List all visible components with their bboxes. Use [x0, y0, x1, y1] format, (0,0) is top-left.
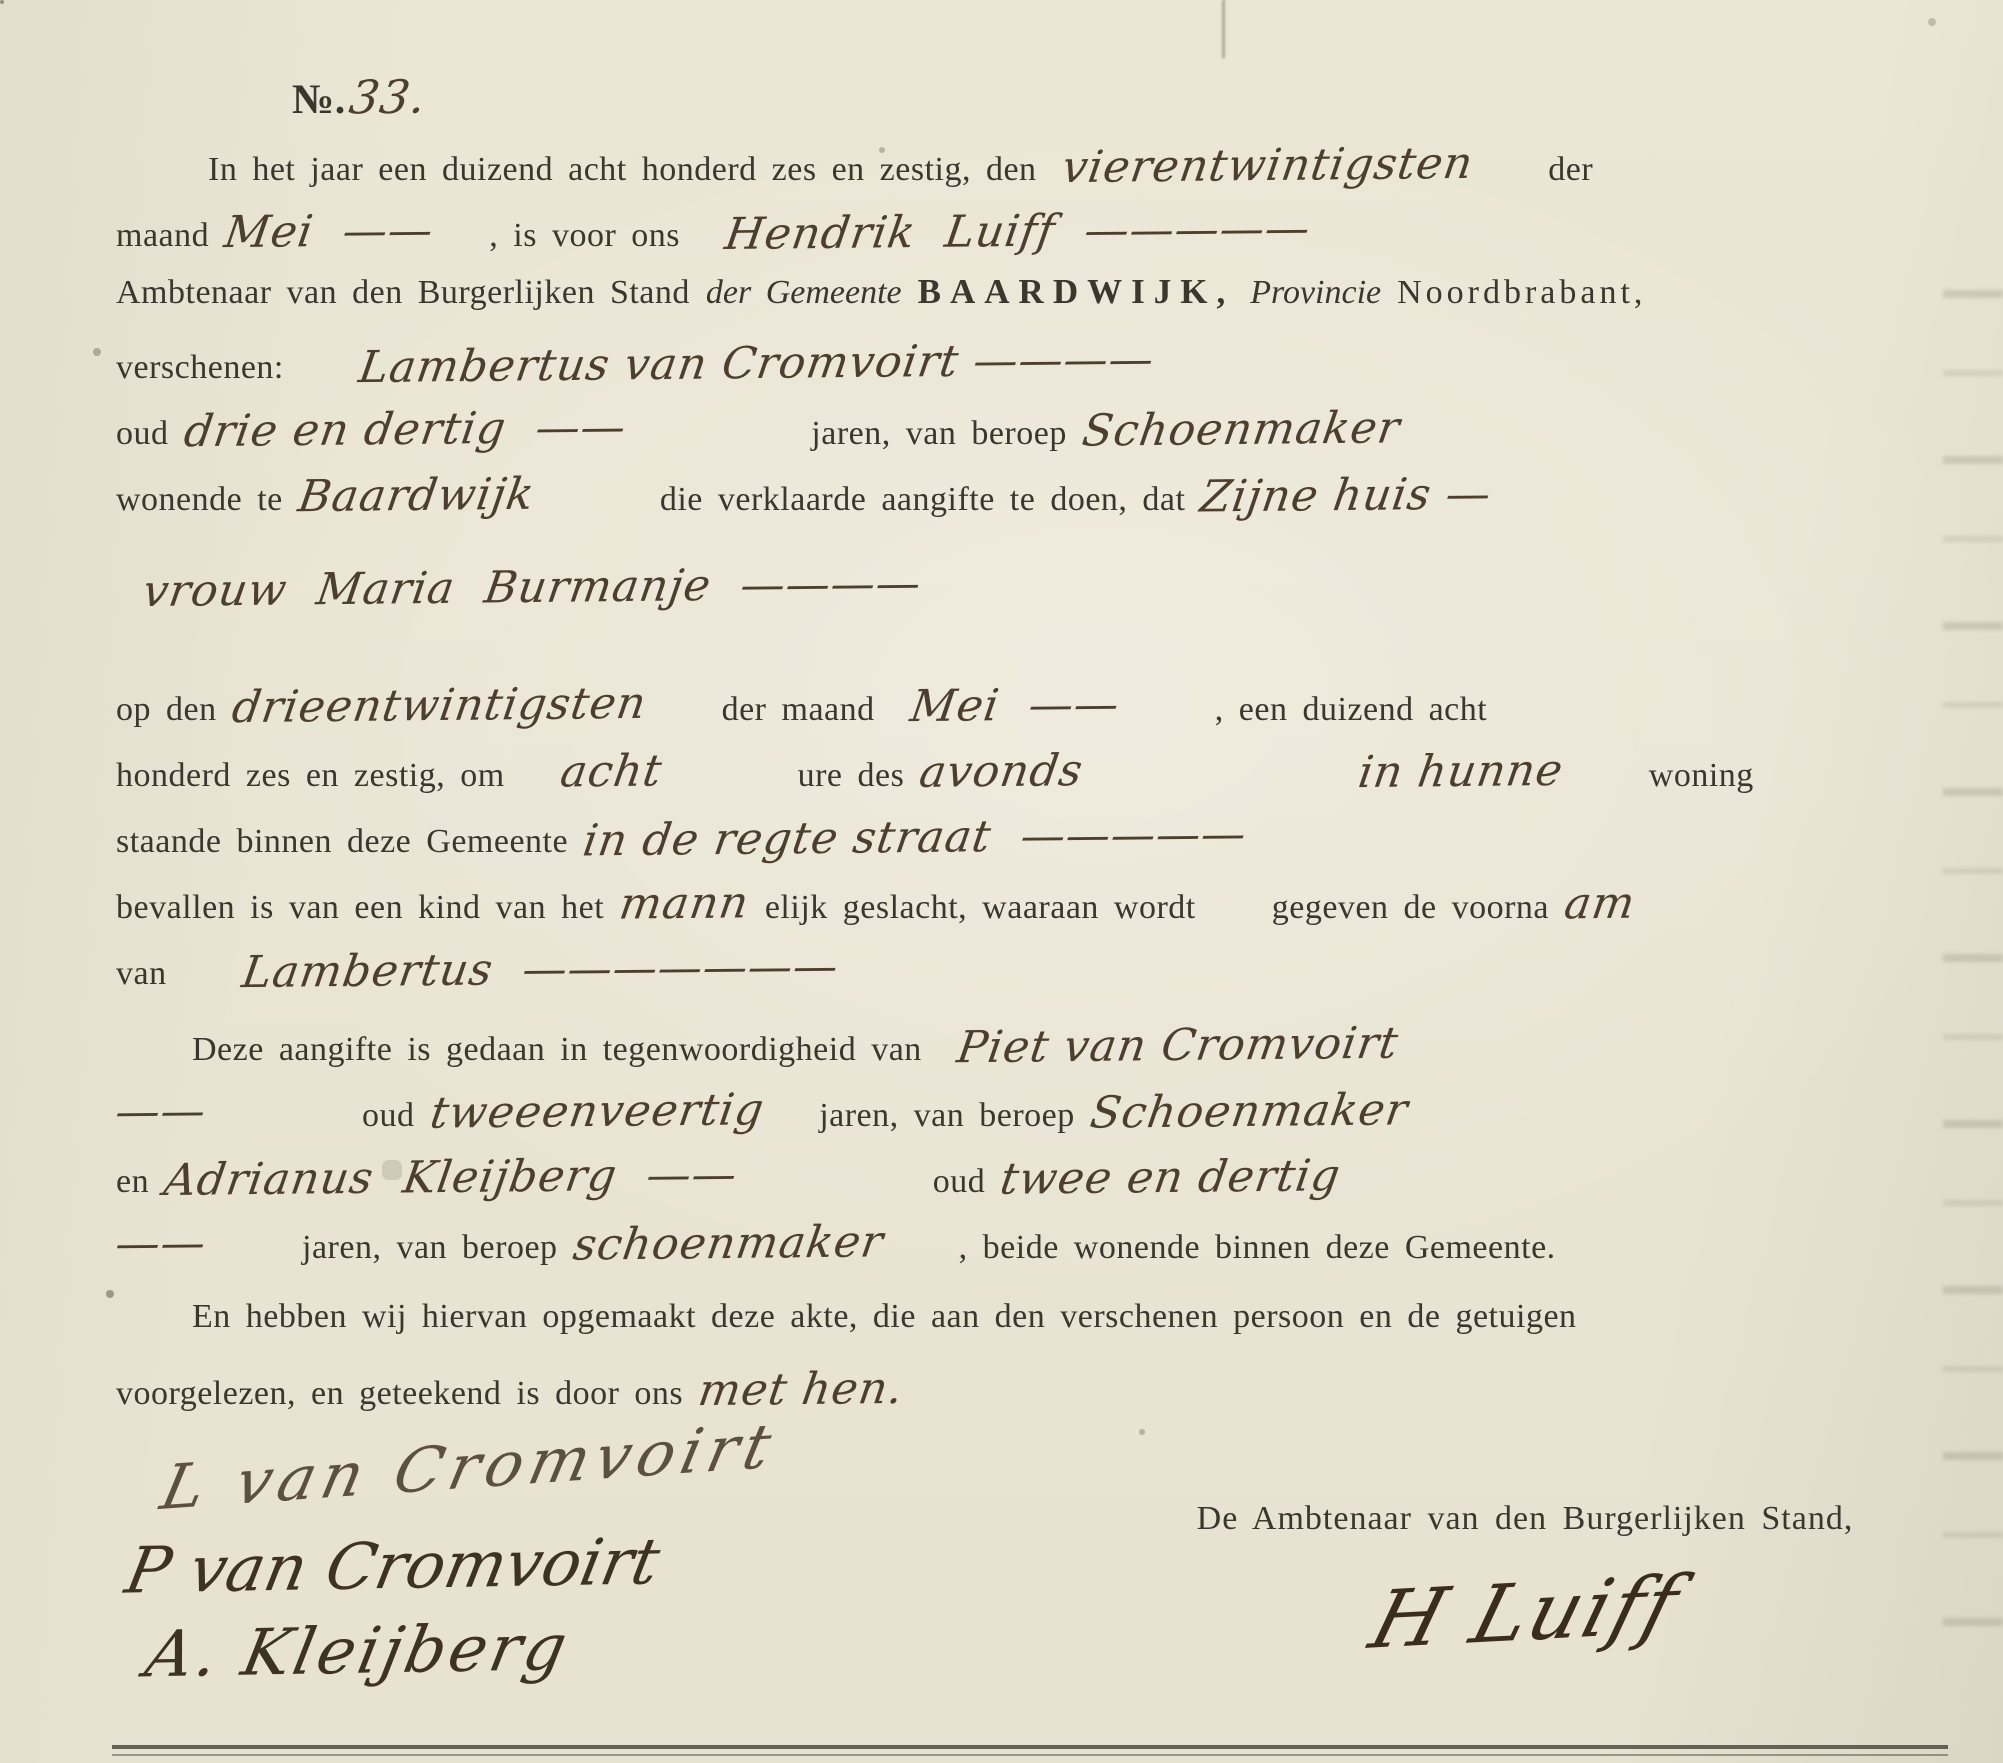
- document-line: verschenen:Lambertus van Cromvoirt ————: [116, 338, 1973, 404]
- handwritten-entry: met hen.: [695, 1363, 907, 1416]
- handwritten-entry: Mei ——: [221, 205, 437, 258]
- printed-text: ure des: [798, 757, 905, 795]
- printed-text: , is voor ons: [489, 217, 680, 255]
- printed-text: op den: [116, 691, 217, 729]
- printed-text: staande binnen deze Gemeente: [116, 823, 568, 861]
- paper-crease: [1222, 0, 1225, 58]
- printed-text: der: [1548, 151, 1593, 189]
- document-line: Ambtenaar van den Burgerlijken Standder …: [116, 272, 1973, 338]
- handwritten-entry: Mei ——: [907, 679, 1123, 732]
- printed-text: voorgelezen, en geteekend is door ons: [116, 1375, 683, 1413]
- handwritten-entry: schoenmaker: [570, 1216, 887, 1270]
- printed-text: wonende te: [116, 481, 283, 519]
- printed-text: , een duizend acht: [1215, 691, 1487, 729]
- printed-text: BAARDWIJK,: [918, 272, 1235, 312]
- handwritten-entry: vrouw Maria Burmanje ————: [140, 558, 925, 617]
- handwritten-entry: Schoenmaker: [1087, 1084, 1412, 1138]
- handwritten-entry: Adrianus Kleijberg ——: [161, 1149, 741, 1206]
- signature-block-party: L van Cromvoirt P van Cromvoirt A. Kleij…: [128, 1430, 770, 1687]
- document-line: enAdrianus Kleijberg ——oudtwee en dertig: [116, 1152, 1973, 1218]
- document-line: bevallen is van een kind van hetmannelij…: [116, 878, 1973, 944]
- ink-bleed-through: [1943, 210, 2003, 1633]
- printed-text: der maand: [722, 691, 875, 729]
- printed-text: elijk geslacht, waaraan wordt: [765, 889, 1196, 927]
- official-title: De Ambtenaar van den Burgerlijken Stand,: [1185, 1500, 1865, 1538]
- handwritten-entry: Hendrik Luiff —————: [722, 203, 1314, 260]
- document-line: voorgelezen, en geteekend is door onsmet…: [116, 1364, 1973, 1430]
- printed-text: jaren, van beroep: [811, 415, 1067, 453]
- document-line: In het jaar een duizend acht honderd zes…: [116, 140, 1973, 206]
- printed-text: maand: [116, 217, 209, 255]
- document-line: En hebben wij hiervan opgemaakt deze akt…: [116, 1298, 1973, 1364]
- signature-witness-1: P van Cromvoirt: [120, 1523, 779, 1608]
- document-line: op dendrieentwintigstender maandMei ——, …: [116, 680, 1973, 746]
- printed-text: jaren, van beroep: [302, 1229, 558, 1267]
- printed-text: En hebben wij hiervan opgemaakt deze akt…: [192, 1298, 1577, 1336]
- printed-text: Noordbrabant,: [1397, 274, 1646, 312]
- printed-text: oud: [362, 1097, 415, 1135]
- printed-text: oud: [116, 415, 169, 453]
- handwritten-entry: ——: [112, 1086, 210, 1138]
- signature-registrar: H Luiff: [1361, 1558, 1690, 1667]
- document-line: ——jaren, van beroepschoenmaker, beide wo…: [116, 1218, 1973, 1284]
- printed-text: gegeven de voorna: [1272, 889, 1549, 927]
- printed-text: Provincie: [1250, 274, 1381, 312]
- handwritten-entry: drie en dertig ——: [180, 402, 629, 458]
- handwritten-entry: tweeenveertig: [426, 1084, 767, 1138]
- document-line: maandMei ——, is voor onsHendrik Luiff ——…: [116, 206, 1973, 272]
- printed-text: van: [116, 955, 167, 993]
- registry-document-page: №. 33. In het jaar een duizend acht hond…: [0, 0, 2003, 1763]
- act-number-label: №.: [292, 77, 346, 123]
- signature-block-official: De Ambtenaar van den Burgerlijken Stand,…: [1185, 1500, 1865, 1659]
- handwritten-entry: twee en dertig: [997, 1150, 1344, 1205]
- signature-witness-2: A. Kleijberg: [140, 1608, 779, 1693]
- handwritten-entry: Baardwijk: [295, 469, 538, 522]
- document-line: ——oudtweeenveertigjaren, van beroepSchoe…: [116, 1086, 1973, 1152]
- printed-text: die verklaarde aangifte te doen, dat: [660, 481, 1186, 519]
- handwritten-entry: Schoenmaker: [1079, 402, 1404, 456]
- handwritten-entry: Lambertus ———————: [238, 941, 841, 998]
- document-line: vanLambertus ———————: [116, 944, 1973, 1010]
- document-line: Deze aangifte is gedaan in tegenwoordigh…: [116, 1020, 1973, 1086]
- document-lines: In het jaar een duizend acht honderd zes…: [116, 140, 1973, 1430]
- handwritten-entry: acht: [557, 745, 666, 797]
- document-line: vrouw Maria Burmanje ————: [116, 562, 1973, 646]
- printed-text: Ambtenaar van den Burgerlijken Stand: [116, 274, 690, 312]
- document-line: honderd zes en zestig, omachture desavon…: [116, 746, 1973, 812]
- document-line: wonende teBaardwijkdie verklaarde aangif…: [116, 470, 1973, 536]
- handwritten-entry: avonds: [916, 745, 1086, 798]
- handwritten-entry: Lambertus van Cromvoirt ————: [355, 334, 1157, 393]
- printed-text: oud: [933, 1163, 986, 1201]
- handwritten-entry: in de regte straat —————: [580, 809, 1251, 867]
- act-number-value: 33.: [346, 70, 430, 125]
- handwritten-entry: vierentwintigsten: [1058, 138, 1476, 193]
- printed-text: der Gemeente: [706, 274, 902, 312]
- handwritten-entry: mann: [616, 877, 752, 929]
- handwritten-entry: Piet van Cromvoirt: [954, 1018, 1402, 1074]
- printed-text: woning: [1649, 757, 1754, 795]
- document-line: ouddrie en dertig ——jaren, van beroepSch…: [116, 404, 1973, 470]
- printed-text: In het jaar een duizend acht honderd zes…: [208, 151, 1037, 189]
- printed-text: bevallen is van een kind van het: [116, 889, 604, 927]
- handwritten-entry: am: [1561, 878, 1639, 930]
- handwritten-entry: drieentwintigsten: [228, 678, 649, 733]
- handwritten-entry: Zijne huis —: [1197, 468, 1495, 522]
- printed-text: en: [116, 1163, 149, 1201]
- printed-text: honderd zes en zestig, om: [116, 757, 505, 795]
- act-number: №. 33.: [292, 70, 426, 124]
- printed-text: jaren, van beroep: [819, 1097, 1075, 1135]
- printed-text: verschenen:: [116, 349, 284, 387]
- printed-text: Deze aangifte is gedaan in tegenwoordigh…: [192, 1031, 922, 1069]
- printed-text: , beide wonende binnen deze Gemeente.: [959, 1229, 1556, 1267]
- bottom-rule: [112, 1745, 1948, 1749]
- document-line: staande binnen deze Gemeentein de regte …: [116, 812, 1973, 878]
- handwritten-entry: in hunne: [1355, 745, 1567, 798]
- paper-specks: [0, 0, 4, 4]
- handwritten-entry: ——: [112, 1218, 210, 1270]
